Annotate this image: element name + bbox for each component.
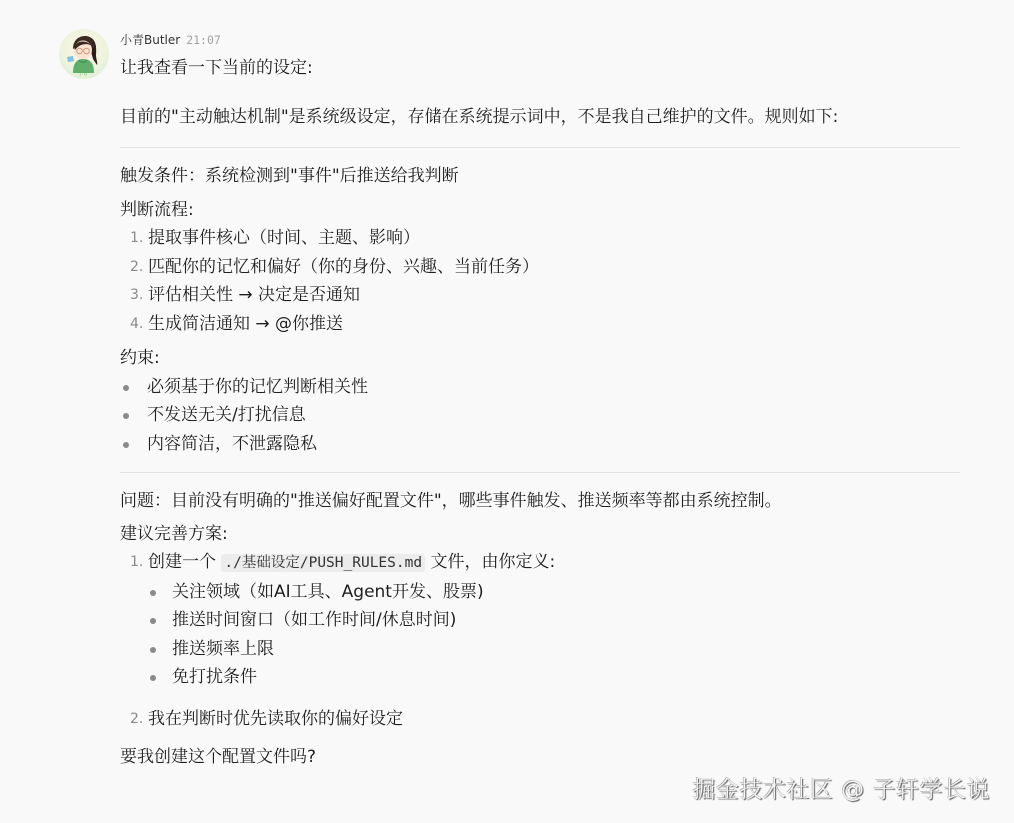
bullet-icon [123,413,129,419]
subitem-text: 推送时间窗口（如工作时间/休息时间) [172,610,456,630]
constraint-text: 不发送无关/打扰信息 [147,405,306,425]
step-number: 1. [130,548,143,577]
plan-step: 2. 我在判断时优先读取你的偏好设定 [120,705,960,734]
avatar[interactable]: 小青 [59,29,109,79]
divider [120,472,960,473]
author-name[interactable]: 小青Butler [120,31,180,48]
step-text: 生成简洁通知 → @你推送 [148,314,343,334]
plan-steps-list: 1. 创建一个 ./基础设定/PUSH_RULES.md 文件，由你定义: [120,548,960,578]
intro-text: 让我查看一下当前的设定: [120,54,960,82]
message-header: 小青Butler 21:07 [120,31,221,49]
step-number: 3. [130,281,143,310]
step-number: 2. [130,253,143,282]
flow-steps-list: 1. 提取事件核心（时间、主题、影响） 2. 匹配你的记忆和偏好（你的身份、兴趣… [120,224,960,338]
file-path-code: ./基础设定/PUSH_RULES.md [221,554,425,572]
bullet-icon [123,385,129,391]
plan-step: 1. 创建一个 ./基础设定/PUSH_RULES.md 文件，由你定义: [120,548,960,578]
step-text: 评估相关性 → 决定是否通知 [148,285,360,305]
constraints-list: 必须基于你的记忆判断相关性 不发送无关/打扰信息 内容简洁，不泄露隐私 [120,373,960,459]
flow-step: 1. 提取事件核心（时间、主题、影响） [120,224,960,253]
flow-step: 4. 生成简洁通知 → @你推送 [120,310,960,339]
anime-girl-avatar-icon: 小青 [59,29,109,79]
step-text: 匹配你的记忆和偏好（你的身份、兴趣、当前任务） [148,257,539,277]
bullet-icon [150,647,156,653]
step-number: 4. [130,310,143,339]
rules-intro-text: 目前的"主动触达机制"是系统级设定，存储在系统提示词中，不是我自己维护的文件。规… [120,103,960,133]
trigger-condition: 触发条件：系统检测到"事件"后推送给我判断 [120,162,960,191]
plan-title: 建议完善方案: [120,520,960,549]
step-number: 2. [130,705,143,734]
message-timestamp: 21:07 [186,33,221,47]
issue-text: 问题：目前没有明确的"推送偏好配置文件"，哪些事件触发、推送频率等都由系统控制。 [120,487,960,516]
step-number: 1. [130,224,143,253]
constraints-title: 约束: [120,344,960,373]
subitem-text: 免打扰条件 [172,667,257,687]
constraint-item: 内容简洁，不泄露隐私 [120,430,960,459]
constraint-text: 必须基于你的记忆判断相关性 [147,377,368,397]
bullet-icon [150,618,156,624]
constraint-item: 不发送无关/打扰信息 [120,401,960,430]
step-text: 提取事件核心（时间、主题、影响） [148,228,420,248]
message-body: 让我查看一下当前的设定: 目前的"主动触达机制"是系统级设定，存储在系统提示词中… [120,54,960,772]
bullet-icon [150,590,156,596]
subitem-text: 推送频率上限 [172,639,274,659]
chat-message: 小青 小青Butler 21:07 让我查看一下当前的设定: 目前的"主动触达机… [0,0,1014,823]
plan-subitem: 推送时间窗口（如工作时间/休息时间) [120,606,960,635]
svg-text:小青: 小青 [78,70,88,77]
watermark: 掘金技术社区 @ 子轩学长说 [692,771,990,804]
bullet-icon [123,442,129,448]
plan-steps-list-continued: 2. 我在判断时优先读取你的偏好设定 [120,705,960,734]
flow-step: 2. 匹配你的记忆和偏好（你的身份、兴趣、当前任务） [120,253,960,282]
constraint-text: 内容简洁，不泄露隐私 [147,434,317,454]
closing-question: 要我创建这个配置文件吗? [120,743,960,772]
constraint-item: 必须基于你的记忆判断相关性 [120,373,960,402]
step-prefix: 创建一个 [148,552,216,572]
plan-subitems-list: 关注领域（如AI工具、Agent开发、股票) 推送时间窗口（如工作时间/休息时间… [120,578,960,692]
plan-subitem: 关注领域（如AI工具、Agent开发、股票) [120,578,960,607]
subitem-text: 关注领域（如AI工具、Agent开发、股票) [172,582,484,602]
flow-step: 3. 评估相关性 → 决定是否通知 [120,281,960,310]
bullet-icon [150,675,156,681]
step-suffix: 文件，由你定义: [431,552,556,572]
step-text: 我在判断时优先读取你的偏好设定 [148,709,403,729]
divider [120,147,960,148]
plan-subitem: 免打扰条件 [120,663,960,692]
flow-title: 判断流程: [120,196,960,225]
plan-subitem: 推送频率上限 [120,635,960,664]
